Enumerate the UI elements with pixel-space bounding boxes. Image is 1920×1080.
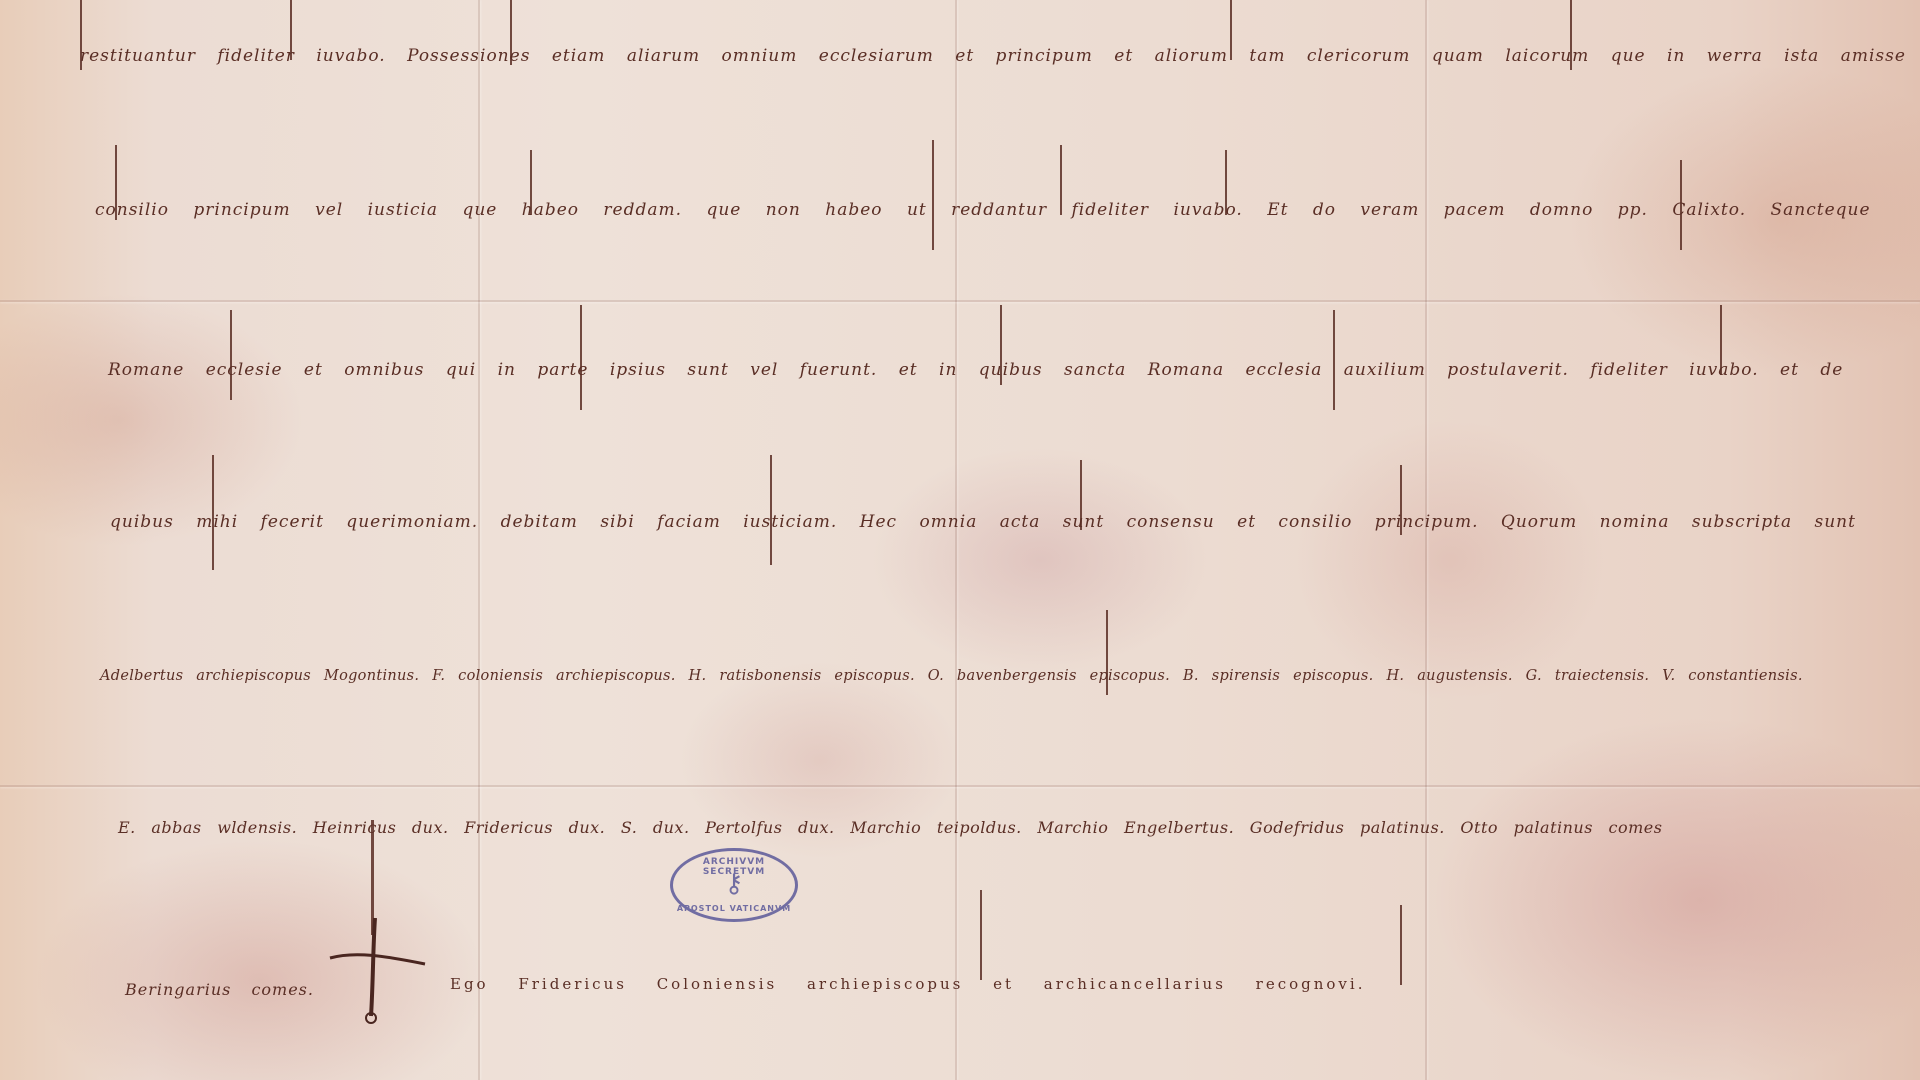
text-line: quibus mihi fecerit querimoniam. debitam… <box>110 512 1856 532</box>
parchment-background <box>0 0 1920 1080</box>
text-line: Romane ecclesie et omnibus qui in parte … <box>108 360 1843 380</box>
subscription-line: Ego Fridericus Coloniensis archiepiscopu… <box>450 975 1365 993</box>
papal-keys-icon: ⚷ <box>724 869 743 899</box>
fold-line <box>1425 0 1427 1080</box>
archive-stamp: ARCHIVVM SECRETVM ⚷ APOSTOL VATICANVM <box>670 848 798 922</box>
fold-line <box>478 0 480 1080</box>
fold-line <box>0 785 1920 787</box>
text-line: E. abbas wldensis. Heinricus dux. Frider… <box>118 818 1662 837</box>
text-line: Adelbertus archiepiscopus Mogontinus. F.… <box>100 668 1803 684</box>
stamp-bottom-text: APOSTOL VATICANVM <box>673 904 795 913</box>
fold-line <box>0 300 1920 302</box>
fold-line <box>955 0 957 1080</box>
text-line: consilio principum vel iusticia que habe… <box>95 200 1871 220</box>
text-line: Beringarius comes. <box>125 980 314 999</box>
text-line: restituantur fideliter iuvabo. Possessio… <box>80 46 1920 66</box>
cross-mark-icon <box>325 916 435 1026</box>
